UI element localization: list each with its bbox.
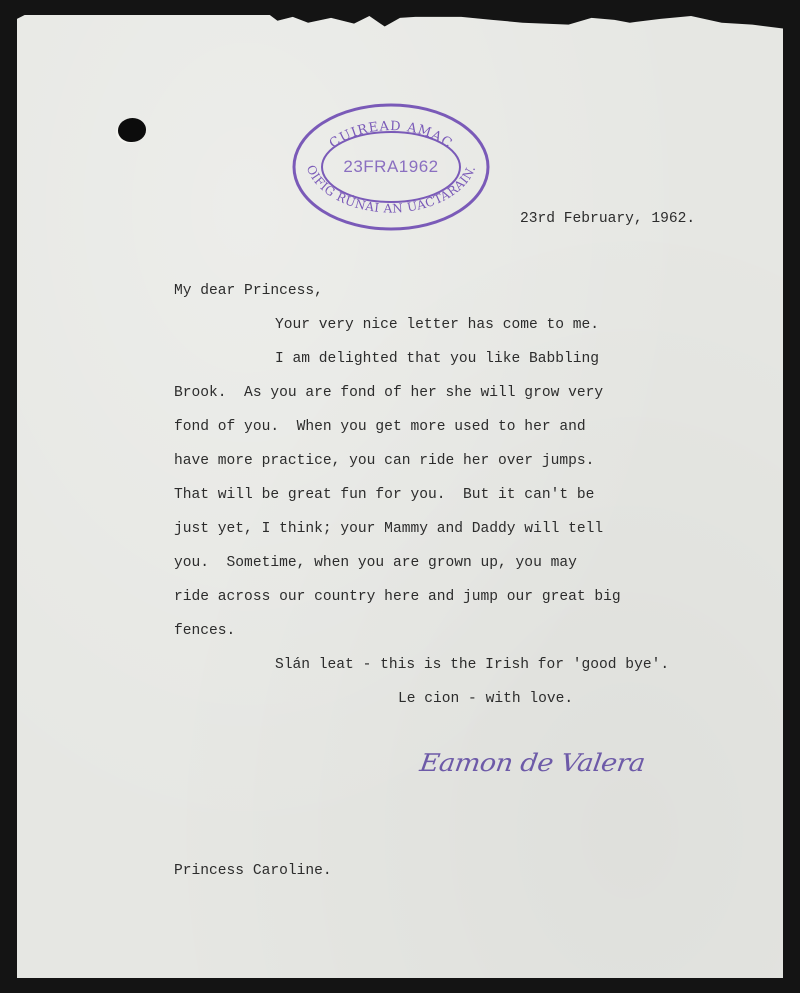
body-line: That will be great fun for you. But it c… — [174, 488, 594, 503]
body-line: you. Sometime, when you are grown up, yo… — [174, 556, 577, 571]
stamp-top-text: CUIREAD AMAC — [327, 119, 455, 152]
body-line: ride across our country here and jump ou… — [174, 590, 621, 605]
closing-love: Le cion - with love. — [398, 692, 573, 707]
addressee: Princess Caroline. — [174, 864, 332, 879]
body-line: have more practice, you can ride her ove… — [174, 454, 594, 469]
received-stamp: CUIREAD AMAC OIFIG RÚNAÍ AN UACTARÁIN. 2… — [292, 103, 490, 231]
body-line: fond of you. When you get more used to h… — [174, 420, 586, 435]
body-line: I am delighted that you like Babbling — [275, 352, 599, 367]
svg-text:CUIREAD AMAC: CUIREAD AMAC — [327, 119, 455, 152]
punch-hole — [118, 118, 146, 142]
handwritten-signature: Eamon de Valera — [418, 750, 647, 778]
body-line: Brook. As you are fond of her she will g… — [174, 386, 603, 401]
body-line: fences. — [174, 624, 235, 639]
body-line: just yet, I think; your Mammy and Daddy … — [174, 522, 603, 537]
stamp-date: 23FRA1962 — [292, 157, 490, 177]
salutation: My dear Princess, — [174, 284, 323, 299]
body-line: Your very nice letter has come to me. — [275, 318, 599, 333]
letter-date: 23rd February, 1962. — [520, 212, 695, 227]
closing-irish: Slán leat - this is the Irish for 'good … — [275, 658, 669, 673]
